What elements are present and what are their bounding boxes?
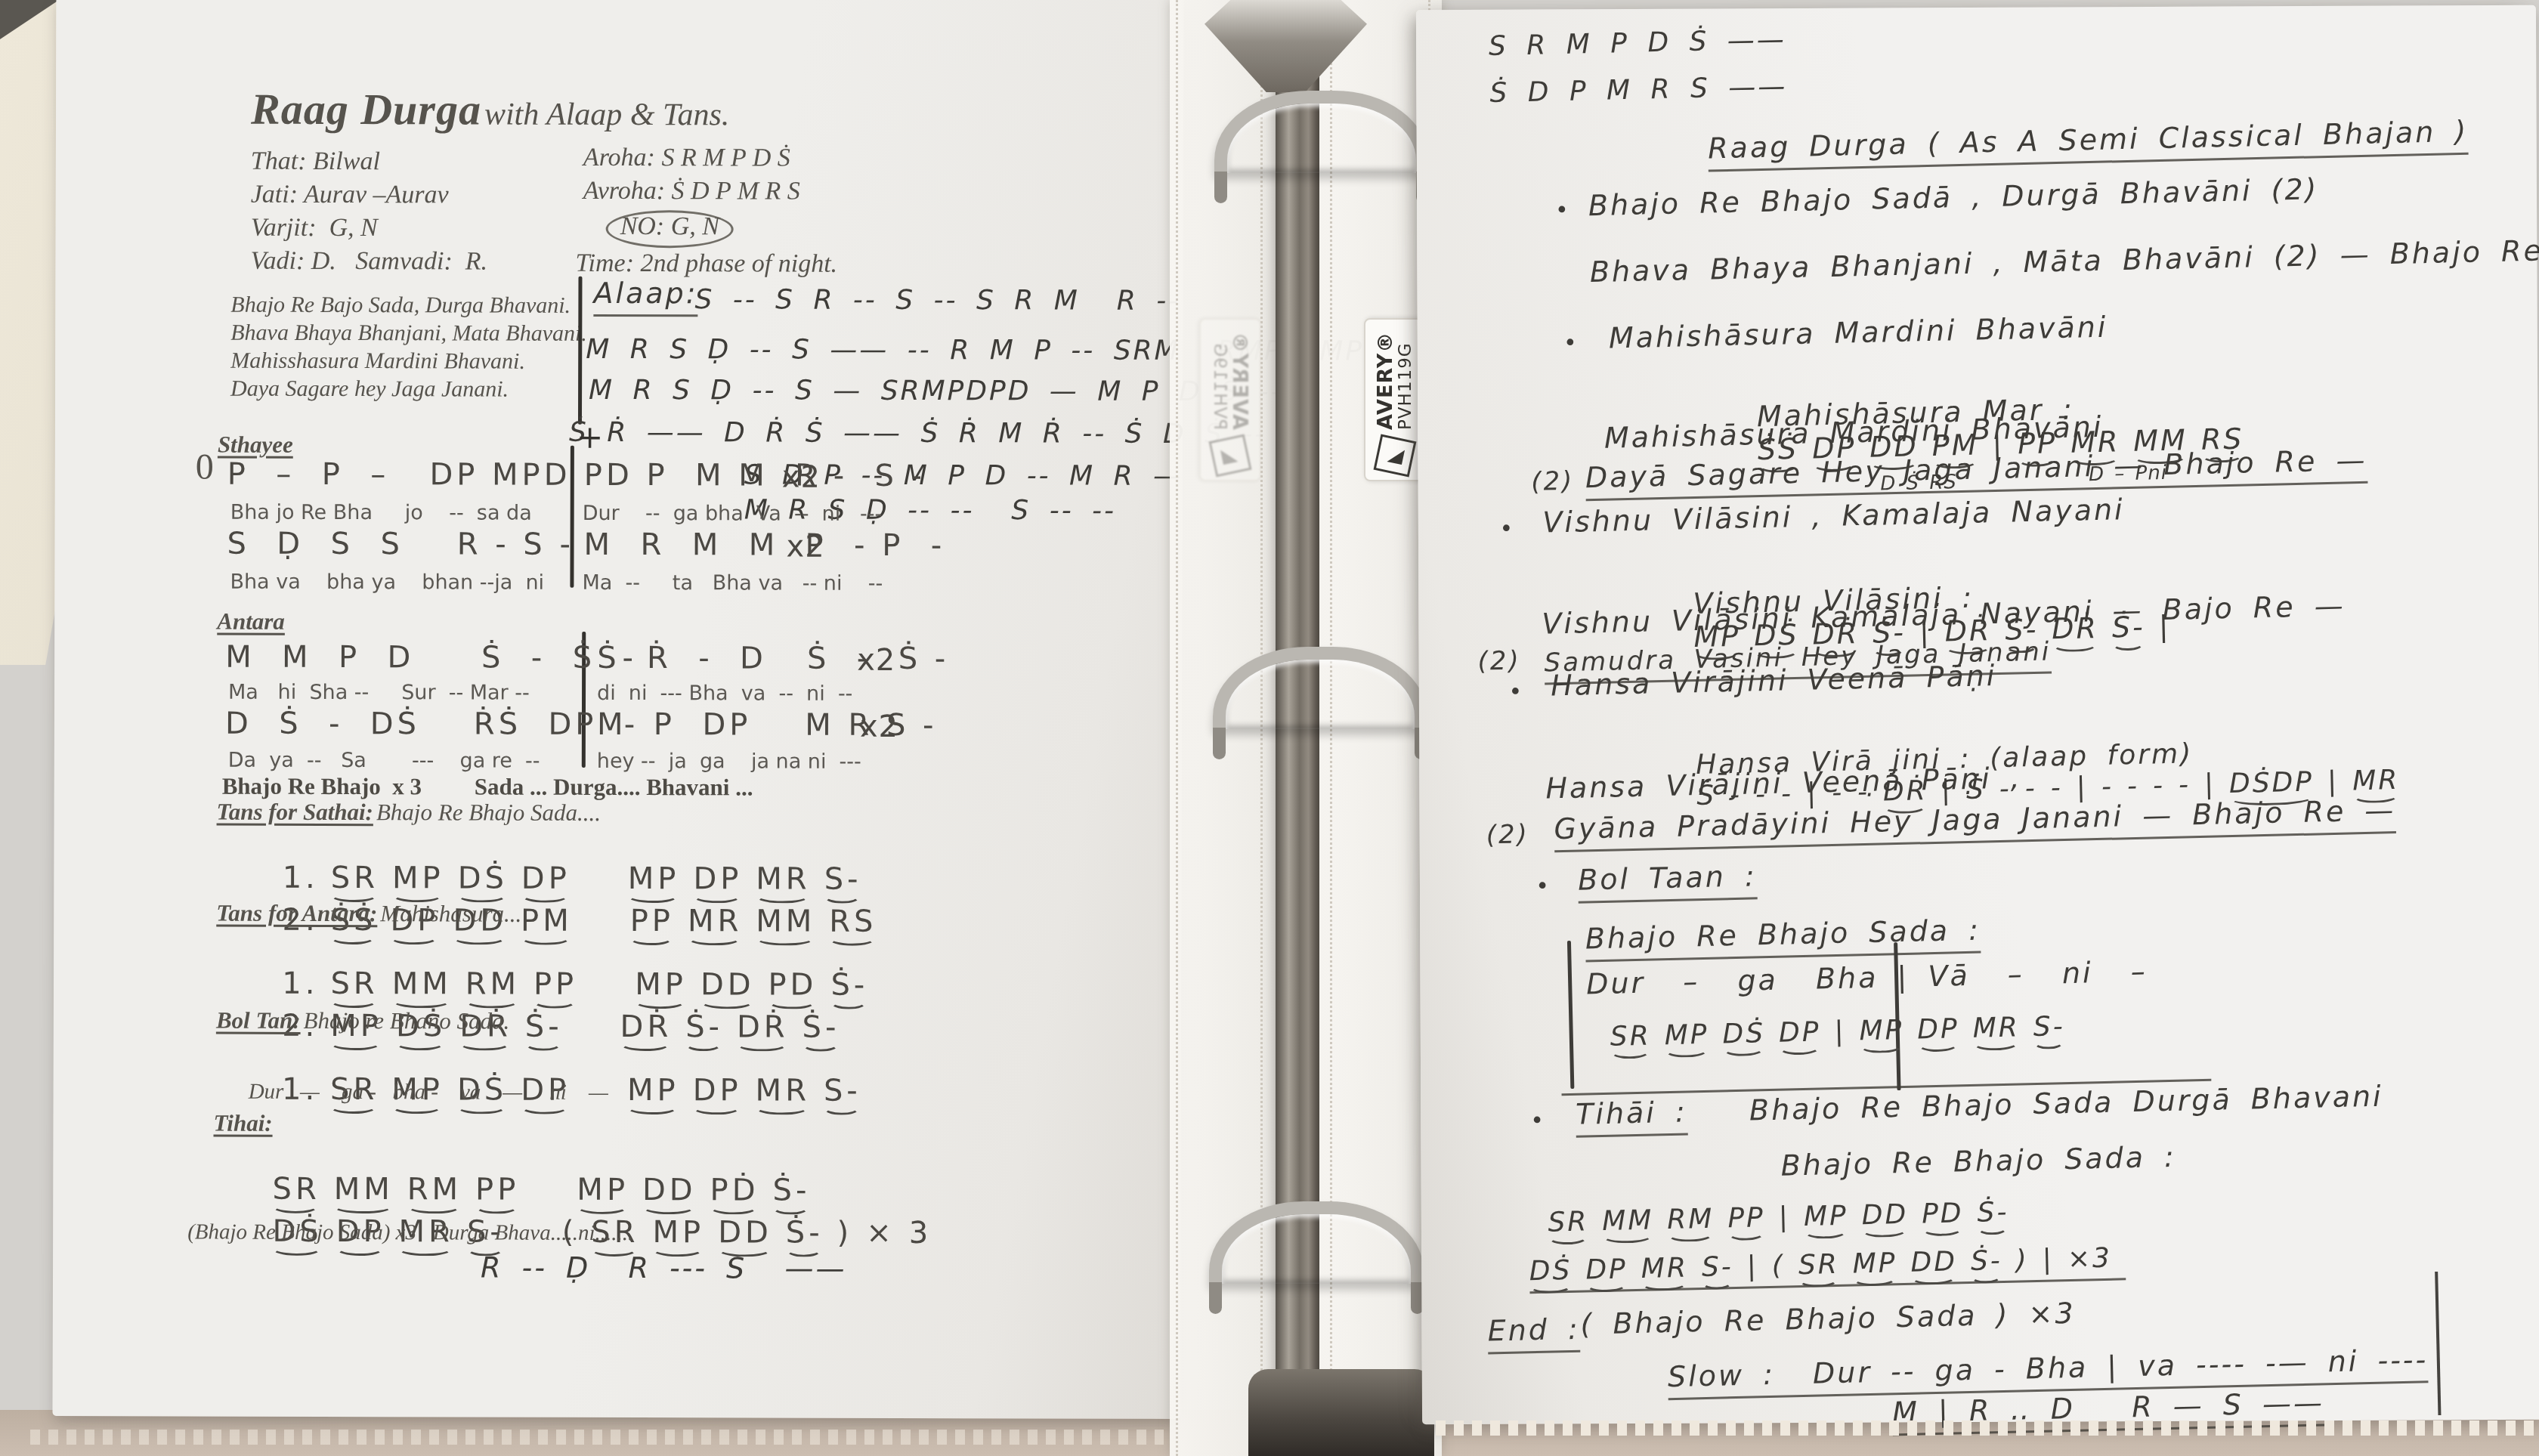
avery-code: PVH119G	[1211, 332, 1229, 430]
bol-tan-heading: Bol Tan: Bhajo re Bhano Sada.	[216, 1007, 509, 1035]
page-title-suffix: with Alaap & Tans.	[484, 97, 730, 133]
protector-bottom-dots-left	[30, 1430, 1164, 1445]
alaap-margin-stroke	[578, 277, 583, 425]
antara-notes: M M P D Ṡ - Ṡ -	[225, 640, 637, 675]
bullet-dot: •	[1563, 330, 1577, 357]
bullet-dot: •	[1535, 873, 1549, 900]
right-page-title: Raag Durga ( As A Semi Classical Bhajan …	[1708, 115, 2469, 172]
antara-lyric: hey -- ja ga ja na ni ---	[597, 750, 861, 774]
sthayee-lyric: Ma -- ta Bha va -- ni --	[582, 571, 883, 595]
avery-label-mirrored: ◣ AVERY® PVH119G	[1199, 318, 1261, 481]
avery-label: ◣ AVERY® PVH119G	[1364, 318, 1426, 481]
bol-taan-sub: Bhajo Re Bhajo Sada :	[1585, 913, 1981, 963]
sthayee-notes: P – P – DP MPD	[227, 457, 571, 493]
avery-brand: AVERY®	[1229, 332, 1250, 430]
meta-that: That: Bilwal	[251, 147, 380, 176]
tihai-caption: (Bhajo Re Bhajo Sada) x3 Durga Bhava....…	[187, 1220, 633, 1247]
repeat-mark: x2	[782, 460, 821, 495]
tihai-heading-hand: Tihāi :	[1576, 1095, 1688, 1137]
meta-aroha: Aroha: S R M P D Ṡ	[583, 144, 790, 173]
sthayee-notes: S Ḍ S S R - S -	[227, 527, 574, 562]
protector-bottom-dots-right	[1436, 1420, 2539, 1436]
tans-antara-heading: Tans for Antara: Mahishasura...	[216, 900, 521, 928]
bol-sargam-row: SRMPDṠDP|MPDPMRS-	[1610, 1011, 2079, 1053]
repeat-marker: (2)	[1531, 466, 1575, 497]
tans-sathai-heading-label: Tans for Sathai:	[217, 799, 373, 826]
page-title-main: Raag Durga	[251, 85, 481, 134]
sthayee-lyric: Dur -- ga bha Va -- ni ---	[583, 502, 883, 526]
left-page: Raag Durga with Alaap & Tans. That: Bilw…	[53, 0, 1184, 1419]
bullet-dot: •	[1499, 516, 1513, 543]
vishnu-annotation: D Ṡ ṘS	[1880, 471, 1957, 495]
mahisha-line: Mahishāsura Mardini Bhavāni	[1608, 311, 2108, 355]
tihai-sargam-2: DṠDPMRS-|(SRMPDDṠ-)|×3	[1529, 1242, 2126, 1294]
aroha-hand: S R M P D Ṡ ——	[1489, 24, 1787, 62]
sthayee-heading: Sthayee	[218, 431, 293, 459]
tihai-hand-tail: R -- Ḍ R --- S ——	[481, 1251, 847, 1285]
bol-tan-heading-label: Bol Tan:	[216, 1007, 301, 1034]
tihai-sub: Bhajo Re Bhajo Sada :	[1780, 1140, 2176, 1182]
antara-notes: D Ṡ - DṠ ṘṠ DP -	[225, 706, 639, 742]
alaap-line: Ṡ Ṙ —— D Ṙ Ṡ —— Ṡ Ṙ M Ṙ -- Ṡ D Ṡ --	[569, 417, 1267, 450]
repeat-marker: (2)	[1486, 819, 1529, 850]
avery-logo-icon: ◣	[1374, 434, 1417, 478]
antara-refrain: Bhajo Re Bhajo x 3 Sada ... Durga.... Bh…	[222, 773, 753, 802]
right-page-content: S R M P D Ṡ —— Ṡ D P M R S —— Raag Durga…	[1416, 0, 2539, 1424]
tan-sargam: MPDPMRS-	[627, 1073, 875, 1108]
omitted-notes-oval: NO: G, N	[606, 210, 734, 248]
avery-code: PVH119G	[1396, 332, 1415, 430]
end-label: End :	[1487, 1312, 1580, 1355]
meta-varjit: Varjit: G, N	[251, 214, 378, 243]
antara-notes: Ṡ Ṙ - D Ṡ - Ṡ -	[597, 641, 949, 676]
tans-sathai-heading: Tans for Sathai: Bhajo Re Bhajo Sada....	[217, 799, 601, 827]
tans-antara-heading-label: Tans for Antara:	[216, 900, 377, 927]
repeat-mark: x2	[860, 709, 898, 744]
photo-of-open-binder: Raag Durga with Alaap & Tans. That: Bilw…	[0, 0, 2539, 1456]
tans-antara-subject: Mahishasura...	[380, 900, 521, 926]
tihai-heading: Tihai:	[214, 1110, 273, 1137]
sthayee-lyric: Bha jo Re Bha jo -- sa da	[230, 501, 532, 525]
meta-avroha: Avroha: Ṡ D P M R S	[583, 177, 800, 206]
bol-lyric-row: Dur – ga Bha | Vā – ni –	[1586, 955, 2148, 1001]
sthayee-notes: PD P M M R - S -	[584, 458, 926, 493]
antara-lyric: Da ya -- Sa --- ga re --	[228, 749, 540, 773]
bullet-dot: •	[1508, 679, 1522, 705]
lyric-line: Bhava Bhaya Bhanjani, Mata Bhavani.	[230, 319, 587, 348]
right-page: S R M P D Ṡ —— Ṡ D P M R S —— Raag Durga…	[1416, 5, 2539, 1424]
alaap-heading: Alaap:	[593, 277, 697, 317]
closing-barline	[2435, 1272, 2441, 1415]
avroha-hand: Ṡ D P M R S ——	[1489, 71, 1788, 109]
bol-taan-heading: Bol Taan :	[1578, 859, 1758, 903]
meta-jati: Jati: Aurav –Aurav	[251, 181, 449, 210]
lyric-line: Bhajo Re Bajo Sada, Durga Bhavani.	[230, 291, 587, 320]
repeat-mark: x2	[786, 530, 824, 564]
tans-sathai-subject: Bhajo Re Bhajo Sada....	[376, 799, 601, 826]
bol-box-left-bar	[1567, 941, 1574, 1089]
stitch-line	[1176, 0, 1178, 1456]
repeat-mark: x2	[857, 643, 895, 678]
avery-logo-icon: ◣	[1209, 434, 1252, 478]
lyric-line: Mahisshasura Mardini Bhavani.	[230, 347, 587, 376]
antara-heading: Antara	[217, 608, 285, 635]
bol-tan-subject: Bhajo re Bhano Sada.	[304, 1007, 510, 1034]
repeat-marker: (2)	[1477, 645, 1521, 676]
vishnu-annotation: D – Pni	[2089, 462, 2168, 486]
alaap-line: S -- S R -- S -- S R M R --	[694, 284, 1180, 317]
meta-omitted-notes: NO: G, N	[606, 210, 734, 248]
avery-brand: AVERY®	[1375, 332, 1396, 430]
meta-vadi-samvadi: Vadi: D. Samvadi: R.	[250, 247, 487, 277]
binder-bottom-clip	[1248, 1369, 1434, 1456]
taal-plus-mark: +	[577, 419, 603, 456]
lyric-line: Daya Sagare hey Jaga Janani.	[230, 375, 587, 403]
verse-line: Bhava Bhaya Bhanjani , Māta Bhavāni (2) …	[1589, 231, 2539, 289]
bullet-dot: •	[1530, 1108, 1544, 1134]
bol-tan-lyric: Dur — ga - bha - va — ni —	[249, 1080, 608, 1105]
sthayee-notes: M R M M P - P -	[584, 527, 946, 563]
verse-line: Bhajo Re Bhajo Sadā , Durgā Bhavāni (2)	[1588, 172, 2319, 222]
antara-lyric: di ni --- Bha va -- ni --	[597, 682, 852, 706]
tihai-sargam-1: SRMMRMPP|MPDDPDṠ-	[1548, 1196, 2023, 1238]
sthayee-lyric: Bha va bha ya bhan --ja ni	[230, 570, 544, 595]
page-title: Raag Durga with Alaap & Tans.	[251, 84, 730, 136]
taal-khali-zero: 0	[196, 447, 214, 488]
song-lyrics-block: Bhajo Re Bajo Sada, Durga Bhavani. Bhava…	[230, 291, 587, 403]
end-line: ( Bhajo Re Bhajo Sada ) ×3	[1580, 1297, 2076, 1341]
antara-lyric: Ma hi Sha -- Sur -- Mar --	[228, 681, 530, 705]
meta-time: Time: 2nd phase of night.	[575, 249, 837, 279]
bullet-dot: •	[1555, 197, 1569, 224]
